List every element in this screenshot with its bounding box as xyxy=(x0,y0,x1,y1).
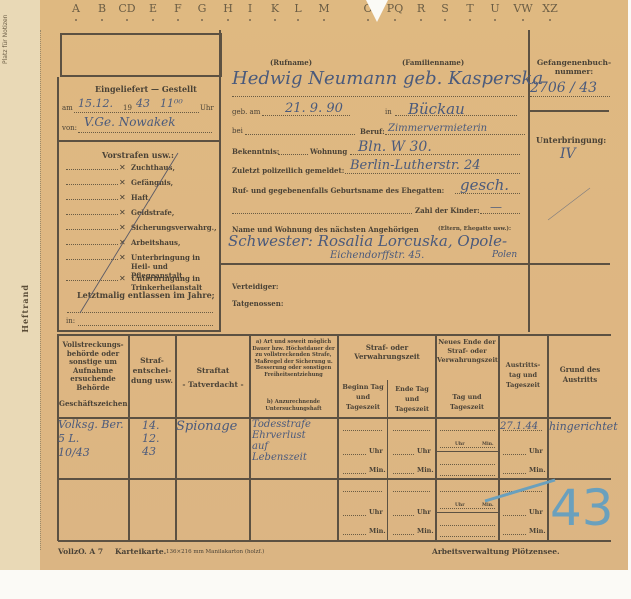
header-exit-reason: Grund des Austritts xyxy=(552,365,608,385)
date-line xyxy=(393,430,430,431)
row1-exit-reason: hingerichtet xyxy=(549,420,618,433)
name-line xyxy=(232,96,524,97)
footer-publisher: Arbeitsverwaltung Plötzensee. xyxy=(432,547,560,556)
header-authority: Vollstreckungs-behörde oder sonstige um … xyxy=(59,341,127,392)
spouse-extra-line xyxy=(232,213,412,214)
pencil-mark xyxy=(540,180,600,240)
uhr-line xyxy=(393,515,414,516)
col-line-8 xyxy=(547,334,549,541)
min-label: Min. xyxy=(417,466,434,474)
perforation-line xyxy=(40,30,41,550)
binding-strip: Platz für Notizen Heftrand xyxy=(0,0,40,570)
uhr-label: Uhr xyxy=(417,508,431,516)
strike-through-line xyxy=(60,145,220,325)
new-end-date-line xyxy=(440,430,495,431)
index-hole xyxy=(297,19,299,21)
blank-stamp-box xyxy=(60,33,222,77)
birthplace-label: in xyxy=(385,108,392,116)
new-end-time-line-2 xyxy=(440,536,495,537)
intake-am-label: am xyxy=(62,104,73,112)
index-card: Platz für Notizen Heftrand ABCDEFGHIKLMO… xyxy=(0,0,628,570)
defender-label: Verteidiger: xyxy=(232,282,278,291)
new-end-time-line xyxy=(440,508,495,509)
header-sentence-b: b) Anzurechnende Untersuchungshaft xyxy=(251,399,336,412)
col-line-1 xyxy=(128,334,130,541)
min-line xyxy=(503,473,526,474)
row1-sentence: TodesstrafeEhrverlustaufLebenszeit xyxy=(252,419,311,463)
index-tab-t: T xyxy=(466,2,473,15)
born-label: geb. am xyxy=(232,108,260,116)
index-tab-m: M xyxy=(318,2,329,15)
index-tab-h: H xyxy=(223,2,233,15)
min-line xyxy=(393,473,414,474)
uhr-label: Uhr xyxy=(369,508,383,516)
new-end-date-line-2 xyxy=(440,464,495,465)
intake-year: 43 xyxy=(136,97,150,110)
beruf-value: Zimmervermieterin xyxy=(388,123,487,134)
blue-crayon-number: 43 xyxy=(550,478,614,538)
intake-heading: Eingeliefert — Gestellt xyxy=(95,84,197,94)
index-tab-k: K xyxy=(271,2,279,15)
min-line xyxy=(343,473,366,474)
uhr-label: Uhr xyxy=(417,447,431,455)
header-authority-sub: Geschäftszeichen xyxy=(59,399,127,408)
bei-label: bei xyxy=(232,127,243,135)
intake-uhr-label: Uhr xyxy=(200,104,214,112)
police-label: Zuletzt polizeilich gemeldet: xyxy=(232,166,344,175)
book-number-line xyxy=(530,96,610,97)
index-hole xyxy=(420,19,422,21)
uhr-label: Uhr xyxy=(529,508,543,516)
uhr-line xyxy=(343,515,366,516)
index-tab-g: G xyxy=(198,2,207,15)
index-hole xyxy=(444,19,446,21)
book-number-value: 2706 / 43 xyxy=(530,80,597,96)
header-sentence-a: a) Art und soweit möglich Dauer bzw. Höc… xyxy=(251,339,336,378)
relatives-value-3: Polen xyxy=(492,250,517,260)
index-hole xyxy=(101,19,103,21)
unterbringung-value: IV xyxy=(560,146,576,162)
header-exit: Austritts-tag und Tageszeit xyxy=(500,360,546,390)
police-line xyxy=(345,173,520,174)
relatives-value-2: Eichendorffstr. 45. xyxy=(330,250,424,261)
bekenntnis-label: Bekenntnis: xyxy=(232,147,279,156)
index-tab-i: I xyxy=(248,2,252,15)
uhr-line xyxy=(343,454,366,455)
min-line xyxy=(503,534,526,535)
new-end-divider xyxy=(436,451,498,452)
rufname-label: (Rufname) xyxy=(270,58,312,67)
bei-line xyxy=(245,134,355,135)
uhr-line xyxy=(503,454,526,455)
index-hole xyxy=(126,19,128,21)
index-tab-u: U xyxy=(490,2,499,15)
index-hole xyxy=(549,19,551,21)
intake-date-line xyxy=(74,112,199,113)
index-tab-s: S xyxy=(441,2,449,15)
uhr-line xyxy=(503,515,526,516)
header-new-end-sub: Tag und Tageszeit xyxy=(437,392,497,412)
header-begin: Beginn Tag und Tageszeit xyxy=(339,382,387,412)
book-number-label: Gefangenenbuch-nummer: xyxy=(535,58,613,76)
intake-von-line xyxy=(78,132,212,133)
row1-authority: Volksg. Ber.5 L.10/43 xyxy=(58,418,124,460)
index-hole xyxy=(469,19,471,21)
new-end-divider xyxy=(436,512,498,513)
police-value: Berlin-Lutherstr. 24 xyxy=(350,158,481,173)
last-release-in-line xyxy=(78,325,213,326)
min-line xyxy=(393,534,414,535)
children-label: Zahl der Kinder: xyxy=(415,206,480,215)
min-label: Min. xyxy=(417,527,434,535)
row1-exit-date: 27.1.44 xyxy=(500,421,538,432)
row1-decision: 14.12.43 xyxy=(142,419,160,458)
unterbringung-label: Unterbringung: xyxy=(536,135,606,145)
footer-form-spec: 136×216 mm Manilakarton (holzf.) xyxy=(166,549,264,555)
index-hole xyxy=(323,19,325,21)
birthplace: Bückau xyxy=(408,100,465,118)
index-tab-a: A xyxy=(72,2,80,15)
bekenntnis-line xyxy=(278,154,308,155)
accomplices-label: Tatgenossen: xyxy=(232,299,283,308)
footer-form-type: Karteikarte. xyxy=(115,547,166,556)
index-tab-vw: VW xyxy=(513,2,532,15)
beruf-line xyxy=(385,134,525,135)
children-value: — xyxy=(490,200,502,214)
index-hole xyxy=(75,19,77,21)
index-tab-xz: XZ xyxy=(542,2,557,15)
col-line-6 xyxy=(435,334,437,541)
intake-time: 11⁰⁰ xyxy=(160,97,183,110)
min-label: Min. xyxy=(369,466,386,474)
intake-year-prefix: 19 xyxy=(123,104,132,112)
min-line xyxy=(343,534,366,535)
index-tab-b: B xyxy=(98,2,106,15)
min-label: Min. xyxy=(529,466,546,474)
index-tab-cd: CD xyxy=(118,2,135,15)
spouse-label: Ruf- und gegebenenfalls Geburtsname des … xyxy=(232,186,444,195)
table-header-bottom xyxy=(58,417,611,419)
uhr-line xyxy=(393,454,414,455)
frame-left xyxy=(57,77,59,332)
table-top xyxy=(58,334,611,336)
min-label: Min. xyxy=(529,527,546,535)
header-term: Straf- oder Verwahrungszeit xyxy=(340,343,434,361)
date-line xyxy=(343,430,382,431)
wohnung-value: Bln. W 30. xyxy=(358,139,432,155)
uhr-label: Uhr xyxy=(529,447,543,455)
new-end-uhr-label: Uhr xyxy=(455,503,465,508)
index-tab-f: F xyxy=(174,2,182,15)
spouse-value: gesch. xyxy=(460,176,509,194)
index-tab-pq: PQ xyxy=(387,2,403,15)
new-end-uhr-label: Uhr xyxy=(455,442,465,447)
intake-von-label: von: xyxy=(62,124,77,132)
index-hole xyxy=(274,19,276,21)
relatives-value-1: Schwester: Rosalia Lorcuska, Opole- xyxy=(228,232,507,250)
index-hole xyxy=(249,19,251,21)
col-line-4 xyxy=(337,334,339,541)
col-line-5 xyxy=(387,380,388,541)
binding-edge-label: Heftrand xyxy=(20,284,30,333)
notes-label: Platz für Notizen xyxy=(2,4,16,64)
new-end-min-label: Min. xyxy=(482,442,494,447)
beruf-label: Beruf: xyxy=(360,127,385,136)
index-tab-l: L xyxy=(294,2,301,15)
index-tab-e: E xyxy=(149,2,157,15)
intake-von-value: V.Ge. Nowakek xyxy=(84,115,176,129)
index-hole xyxy=(227,19,229,21)
header-decision: Straf-entschei-dung usw. xyxy=(131,356,173,386)
born-date: 21. 9. 90 xyxy=(285,101,343,116)
alphabet-index: ABCDEFGHIKLMOPQRSTUVWXZ xyxy=(40,0,628,28)
table-bottom xyxy=(58,540,611,542)
index-hole xyxy=(201,19,203,21)
header-offense: Straftat xyxy=(178,366,248,375)
footer-form-id: VollzO. A 7 xyxy=(58,547,103,556)
blue-crayon-stroke xyxy=(480,475,560,505)
index-hole xyxy=(152,19,154,21)
index-notch xyxy=(366,0,388,22)
index-hole xyxy=(177,19,179,21)
col-line-2 xyxy=(175,334,177,541)
wohnung-label: Wohnung xyxy=(310,147,347,156)
row1-offense: Spionage xyxy=(176,419,237,434)
intake-date: 15.12. xyxy=(78,97,113,110)
index-hole xyxy=(522,19,524,21)
header-offense-sub: - Tatverdacht - xyxy=(178,380,248,389)
index-tab-r: R xyxy=(417,2,425,15)
min-label: Min. xyxy=(369,527,386,535)
index-hole xyxy=(494,19,496,21)
uhr-label: Uhr xyxy=(369,447,383,455)
relatives-divider xyxy=(220,263,610,265)
full-name: Hedwig Neumann geb. Kasperska xyxy=(232,68,543,89)
left-bottom-line xyxy=(58,330,219,332)
date-line xyxy=(343,491,382,492)
header-end: Ende Tag und Tageszeit xyxy=(389,384,435,414)
new-end-time-line xyxy=(440,447,495,448)
header-new-end: Neues Ende der Straf- oder Verwahrungsze… xyxy=(437,338,497,365)
book-number-divider xyxy=(529,110,609,112)
intake-divider xyxy=(58,140,219,142)
date-line xyxy=(393,491,430,492)
index-hole xyxy=(394,19,396,21)
new-end-date-line-2 xyxy=(440,525,495,526)
familienname-label: (Familienname) xyxy=(402,58,464,67)
